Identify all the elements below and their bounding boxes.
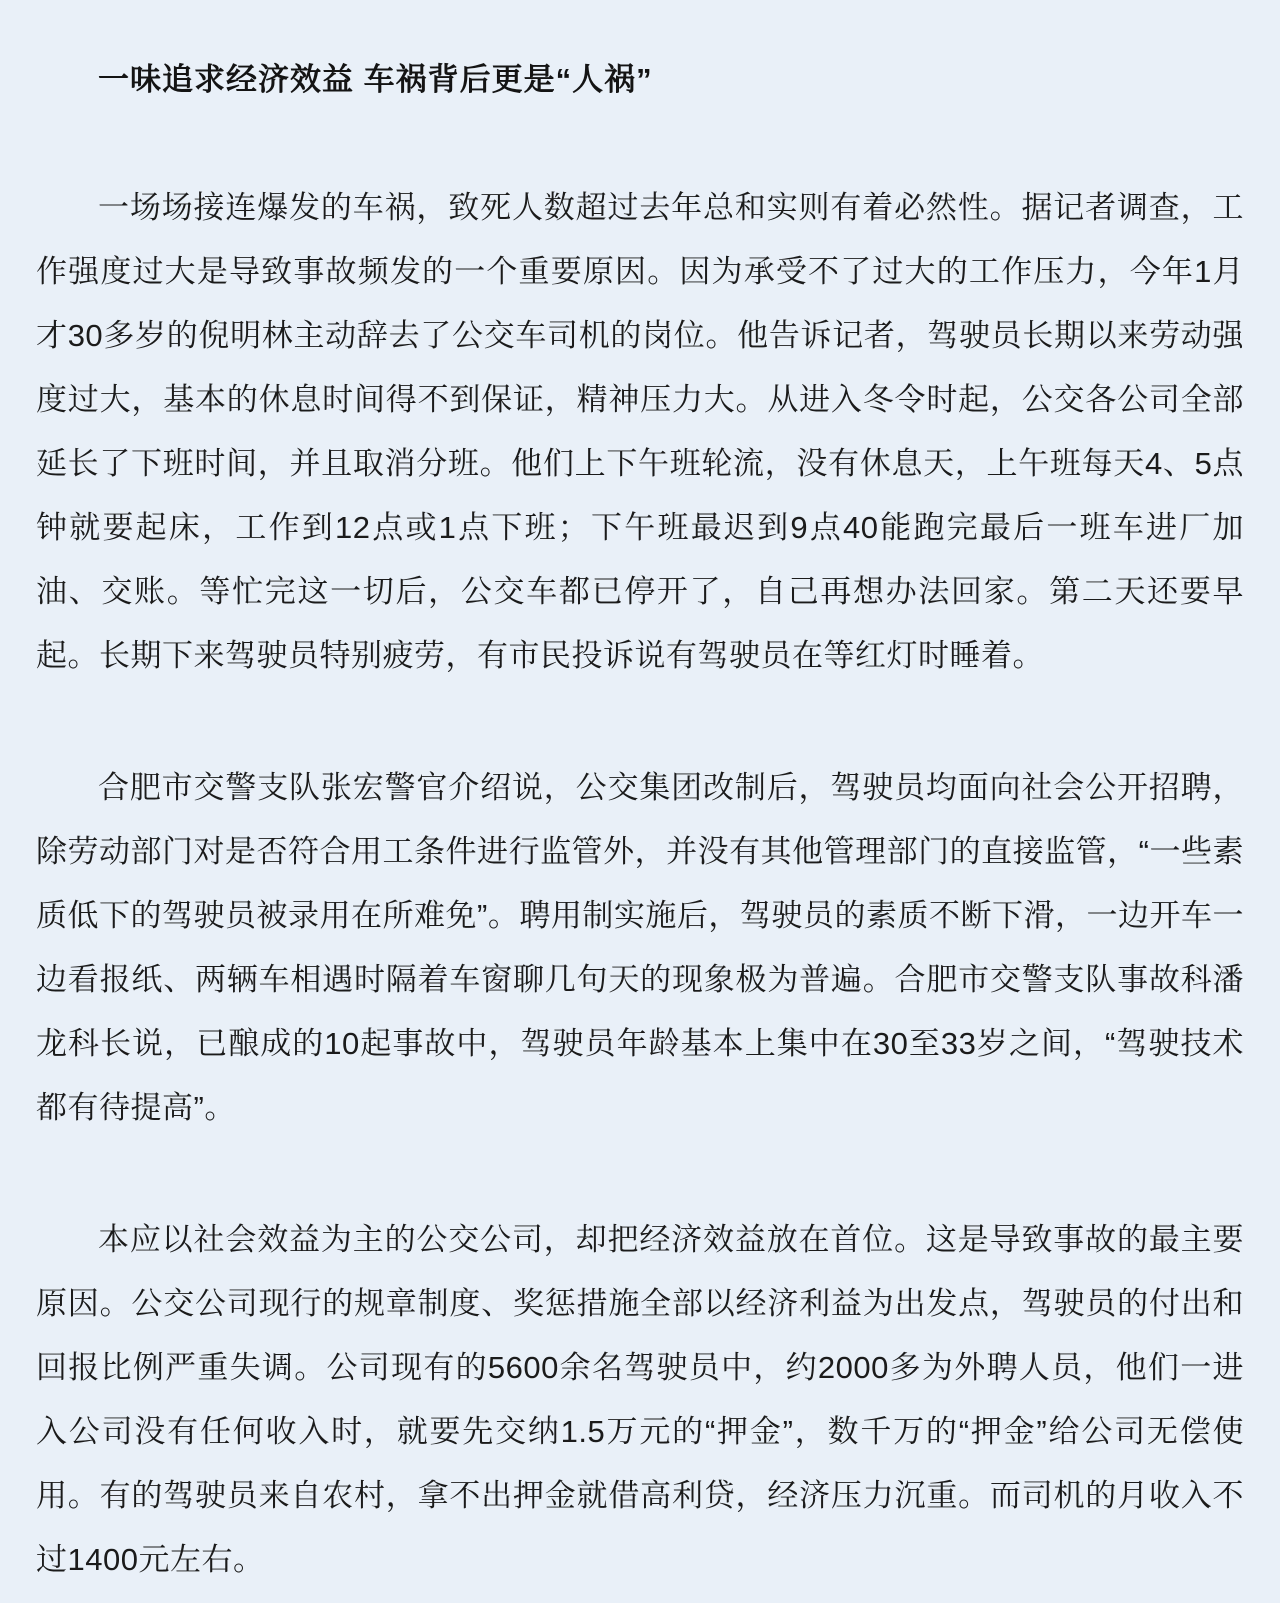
article-title: 一味追求经济效益 车祸背后更是“人祸” [36,60,1244,100]
article-paragraph-3: 本应以社会效益为主的公交公司，却把经济效益放在首位。这是导致事故的最主要原因。公… [36,1208,1244,1592]
article-page: 一味追求经济效益 车祸背后更是“人祸” 一场场接连爆发的车祸，致死人数超过去年总… [0,0,1280,1603]
article-paragraph-2: 合肥市交警支队张宏警官介绍说，公交集团改制后，驾驶员均面向社会公开招聘，除劳动部… [36,756,1244,1140]
article-paragraph-1: 一场场接连爆发的车祸，致死人数超过去年总和实则有着必然性。据记者调查，工作强度过… [36,176,1244,688]
